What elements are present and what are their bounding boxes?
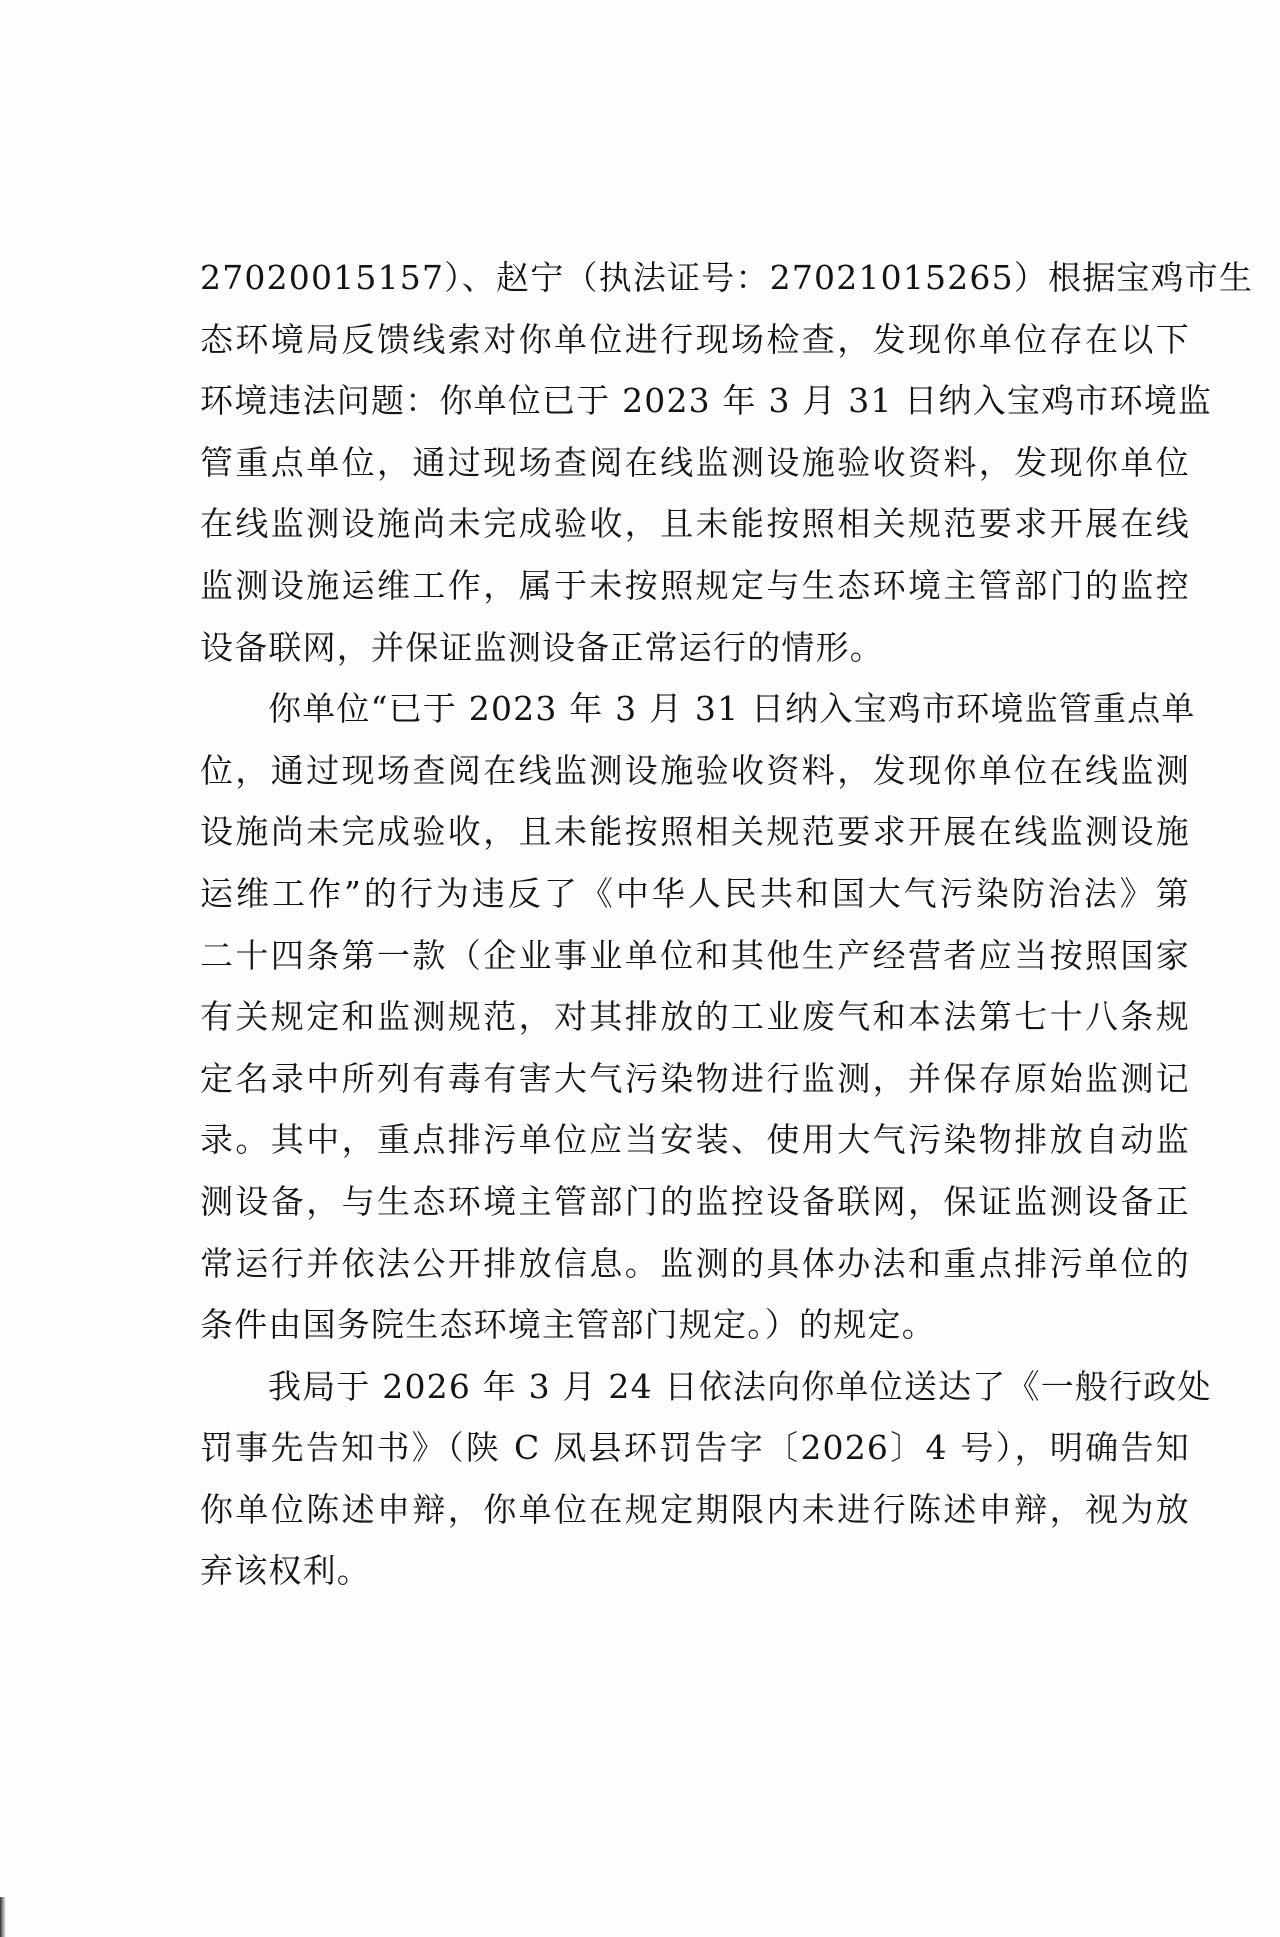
text-line: 录。其中，重点排污单位应当安装、使用大气污染物排放自动监 bbox=[200, 1109, 1190, 1171]
text-line: 有关规定和监测规范，对其排放的工业废气和本法第七十八条规 bbox=[200, 986, 1190, 1048]
document-page: 27020015157）、赵宁（执法证号：27021015265）根据宝鸡市生 … bbox=[0, 0, 1280, 1937]
text-line: 态环境局反馈线索对你单位进行现场检查，发现你单位存在以下 bbox=[200, 309, 1190, 371]
page-edge-shadow bbox=[0, 1897, 6, 1937]
document-body: 27020015157）、赵宁（执法证号：27021015265）根据宝鸡市生 … bbox=[200, 247, 1190, 1602]
text-line: 罚事先告知书》（陕 C 凤县环罚告字〔2026〕4 号），明确告知 bbox=[200, 1417, 1190, 1479]
paragraph-first-line: 你单位“已于 2023 年 3 月 31 日纳入宝鸡市环境监管重点单 bbox=[200, 678, 1190, 740]
text-line: 监测设施运维工作，属于未按照规定与生态环境主管部门的监控 bbox=[200, 555, 1190, 617]
text-line: 测设备，与生态环境主管部门的监控设备联网，保证监测设备正 bbox=[200, 1171, 1190, 1233]
text-line: 常运行并依法公开排放信息。监测的具体办法和重点排污单位的 bbox=[200, 1233, 1190, 1295]
text-line: 运维工作”的行为违反了《中华人民共和国大气污染防治法》第 bbox=[200, 863, 1190, 925]
text-line: 二十四条第一款（企业事业单位和其他生产经营者应当按照国家 bbox=[200, 925, 1190, 987]
text-line: 位，通过现场查阅在线监测设施验收资料，发现你单位在线监测 bbox=[200, 740, 1190, 802]
text-line: 设施尚未完成验收，且未能按照相关规范要求开展在线监测设施 bbox=[200, 801, 1190, 863]
text-line: 管重点单位，通过现场查阅在线监测设施验收资料，发现你单位 bbox=[200, 432, 1190, 494]
text-line: 在线监测设施尚未完成验收，且未能按照相关规范要求开展在线 bbox=[200, 493, 1190, 555]
text-line: 条件由国务院生态环境主管部门规定。）的规定。 bbox=[200, 1294, 1190, 1356]
text-line: 环境违法问题：你单位已于 2023 年 3 月 31 日纳入宝鸡市环境监 bbox=[200, 370, 1190, 432]
text-line: 27020015157）、赵宁（执法证号：27021015265）根据宝鸡市生 bbox=[200, 247, 1190, 309]
text-line: 设备联网，并保证监测设备正常运行的情形。 bbox=[200, 617, 1190, 679]
text-line: 定名录中所列有毒有害大气污染物进行监测，并保存原始监测记 bbox=[200, 1048, 1190, 1110]
text-line: 弃该权利。 bbox=[200, 1540, 1190, 1602]
text-line: 你单位陈述申辩，你单位在规定期限内未进行陈述申辩，视为放 bbox=[200, 1479, 1190, 1541]
paragraph-first-line: 我局于 2026 年 3 月 24 日依法向你单位送达了《一般行政处 bbox=[200, 1356, 1190, 1418]
